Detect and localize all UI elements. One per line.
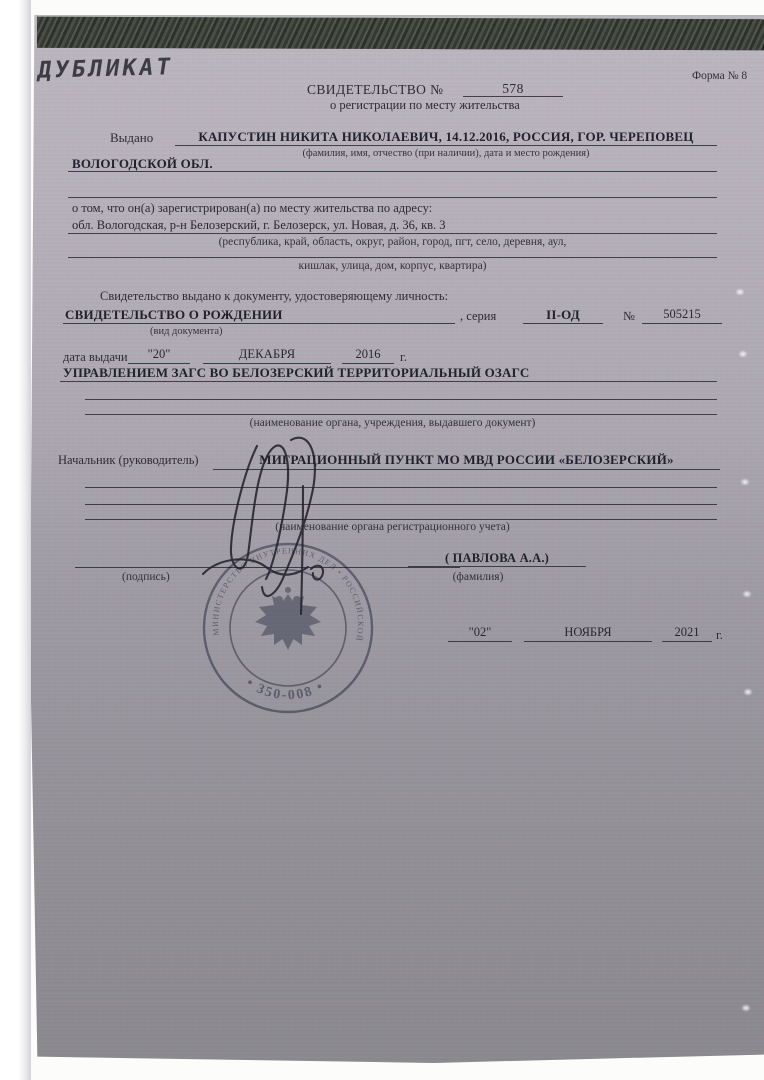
signature-caption: (подпись) bbox=[122, 571, 170, 583]
person-line bbox=[175, 145, 717, 146]
series-value: II-ОД bbox=[523, 307, 603, 323]
address-caption-2: кишлак, улица, дом, корпус, квартира) bbox=[68, 260, 717, 272]
cert-day-line bbox=[448, 641, 512, 642]
issuer-caption: (наименование органа, учреждения, выдавш… bbox=[68, 417, 717, 429]
doc-number-line bbox=[642, 323, 722, 324]
doc-number-value: 505215 bbox=[642, 307, 722, 322]
scanned-certificate-page: ДУБЛИКАТ Форма № 8 СВИДЕТЕЛЬСТВО № 578 о… bbox=[0, 0, 764, 1080]
cert-year-line bbox=[662, 641, 712, 642]
signer-name-line bbox=[408, 566, 586, 567]
doc-number-label: № bbox=[623, 309, 635, 324]
issue-day-line bbox=[128, 363, 190, 364]
blank-line-4 bbox=[85, 487, 717, 488]
address-intro: о том, что он(а) зарегистрирован(а) по м… bbox=[72, 201, 432, 216]
cert-year: 2021 bbox=[662, 625, 712, 640]
issue-year-value: 2016 bbox=[342, 347, 394, 362]
issuer-line bbox=[60, 381, 717, 382]
address-value: обл. Вологодская, р-н Белозерский, г. Бе… bbox=[72, 218, 446, 233]
paper-sheet bbox=[30, 15, 764, 1064]
signer-caption: (фамилия) bbox=[408, 571, 548, 583]
blank-line-2 bbox=[85, 399, 717, 400]
scan-spot bbox=[740, 478, 750, 486]
address-line-2 bbox=[68, 257, 717, 258]
issue-year-line bbox=[342, 363, 394, 364]
cert-month-line bbox=[524, 641, 652, 642]
org-caption: (наименование органа регистрационного уч… bbox=[68, 521, 717, 533]
address-line bbox=[68, 233, 717, 234]
doc-type-caption: (вид документа) bbox=[150, 326, 223, 337]
scan-spot bbox=[742, 590, 752, 598]
certificate-number: 578 bbox=[463, 81, 563, 97]
scan-left-margin bbox=[0, 0, 31, 1080]
blank-line-6 bbox=[85, 519, 717, 520]
issue-date-label: дата выдачи bbox=[63, 350, 128, 365]
scan-spot bbox=[741, 1004, 751, 1012]
series-label: , серия bbox=[460, 309, 496, 324]
issue-year-suffix: г. bbox=[400, 350, 407, 365]
issuer-value: УПРАВЛЕНИЕМ ЗАГС ВО БЕЛОЗЕРСКИЙ ТЕРРИТОР… bbox=[63, 365, 529, 381]
address-caption-1: (республика, край, область, округ, район… bbox=[68, 236, 717, 248]
signer-name: ( ПАВЛОВА А.А.) bbox=[408, 551, 586, 566]
blank-line-5 bbox=[85, 504, 717, 505]
duplicate-handwritten-note: ДУБЛИКАТ bbox=[36, 54, 175, 84]
cert-year-suffix: г. bbox=[716, 628, 723, 643]
form-number-label: Форма № 8 bbox=[692, 70, 747, 82]
blank-line-1 bbox=[68, 197, 717, 198]
scan-spot bbox=[743, 688, 753, 696]
doc-type-line bbox=[63, 323, 455, 324]
issue-day-value: "20" bbox=[128, 347, 190, 362]
issued-label: Выдано bbox=[110, 130, 153, 146]
scan-top-edge-band bbox=[37, 17, 764, 51]
doc-type-value: СВИДЕТЕЛЬСТВО О РОЖДЕНИИ bbox=[65, 307, 283, 323]
blank-line-3 bbox=[85, 414, 717, 415]
scan-spot bbox=[738, 350, 748, 358]
handwritten-signature bbox=[195, 428, 355, 618]
person-name-value: КАПУСТИН НИКИТА НИКОЛАЕВИЧ, 14.12.2016, … bbox=[175, 129, 717, 145]
certificate-title: СВИДЕТЕЛЬСТВО № bbox=[307, 82, 443, 98]
issue-month-line bbox=[203, 363, 331, 364]
head-label: Начальник (руководитель) bbox=[58, 453, 199, 468]
scan-spot bbox=[735, 288, 745, 296]
identity-doc-intro: Свидетельство выдано к документу, удосто… bbox=[100, 289, 448, 304]
cert-month: НОЯБРЯ bbox=[524, 625, 652, 640]
certificate-subtitle: о регистрации по месту жительства bbox=[330, 98, 520, 113]
person-caption: (фамилия, имя, отчество (при наличии), д… bbox=[175, 148, 717, 159]
series-line bbox=[523, 323, 603, 324]
person-value-line2: ВОЛОГОДСКОЙ ОБЛ. bbox=[72, 156, 213, 172]
cert-day: "02" bbox=[448, 625, 512, 640]
issue-month-value: ДЕКАБРЯ bbox=[203, 347, 331, 362]
